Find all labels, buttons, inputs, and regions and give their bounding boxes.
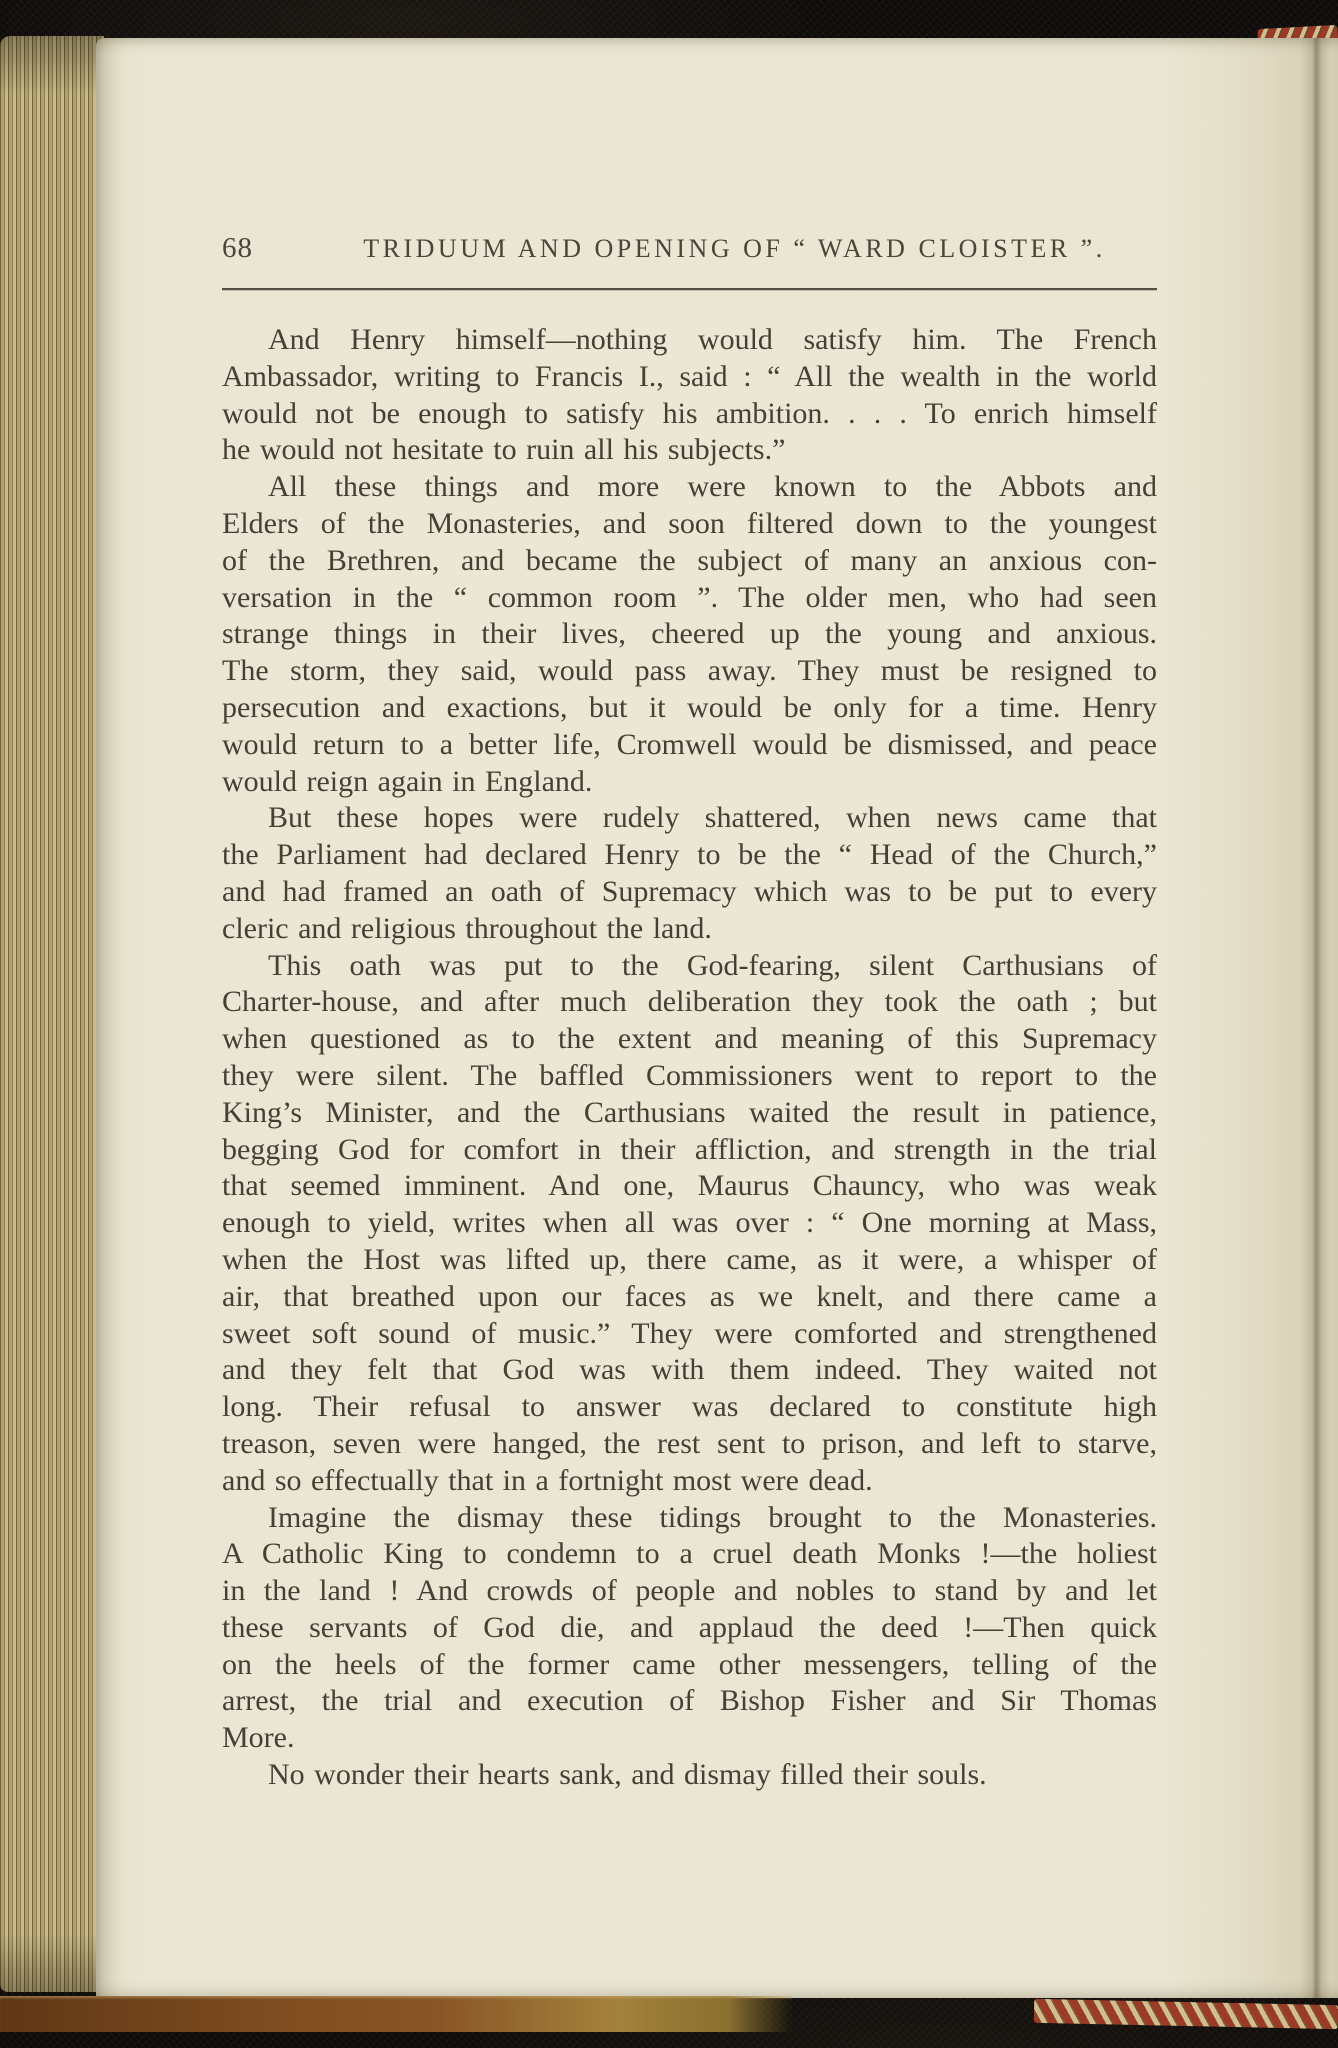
text-line: persecution and exactions, but it would … [222,690,1157,727]
text-line: of the Brethren, and became the subject … [222,543,1157,580]
text-line: and they felt that God was with them ind… [222,1352,1157,1389]
text-line: Ambassador, writing to Francis I., said … [222,359,1157,396]
text-line: sweet soft sound of music.” They were co… [222,1316,1157,1353]
text-line: these servants of God die, and applaud t… [222,1610,1157,1647]
running-title: TRIDUUM AND OPENING OF “ WARD CLOISTER ”… [312,234,1157,264]
text-line: in the land ! And crowds of people and n… [222,1573,1157,1610]
running-header: 68 TRIDUUM AND OPENING OF “ WARD CLOISTE… [222,232,1157,272]
page-number: 68 [222,232,312,265]
text-line: would reign again in England. [222,764,1157,801]
text-line: would return to a better life, Cromwell … [222,727,1157,764]
text-line: enough to yield, writes when all was ove… [222,1205,1157,1242]
text-line: and so effectually that in a fortnight m… [222,1463,1157,1500]
text-line: he would not hesitate to ruin all his su… [222,432,1157,469]
tailband-bottom [1034,1999,1338,2029]
text-line: Imagine the dismay these tidings brought… [222,1500,1157,1537]
text-line: The storm, they said, would pass away. T… [222,653,1157,690]
text-line: on the heels of the former came other me… [222,1647,1157,1684]
page-body: And Henry himself—nothing would satisfy … [222,322,1157,1794]
text-line: More. [222,1720,1157,1757]
paragraph: Imagine the dismay these tidings brought… [222,1500,1157,1758]
cover-bottom-band [0,1996,792,2032]
printed-area: 68 TRIDUUM AND OPENING OF “ WARD CLOISTE… [222,232,1157,1794]
text-line: Elders of the Monasteries, and soon filt… [222,506,1157,543]
text-line: treason, seven were hanged, the rest sen… [222,1426,1157,1463]
gutter-shadow [1300,38,1330,1998]
text-line: begging God for comfort in their afflict… [222,1132,1157,1169]
text-line: they were silent. The baffled Commission… [222,1058,1157,1095]
text-line: But these hopes were rudely shattered, w… [222,800,1157,837]
text-line: would not be enough to satisfy his ambit… [222,396,1157,433]
text-line: the Parliament had declared Henry to be … [222,837,1157,874]
text-line: cleric and religious throughout the land… [222,911,1157,948]
text-line: long. Their refusal to answer was declar… [222,1389,1157,1426]
text-line: Charter-house, and after much deliberati… [222,984,1157,1021]
page-fore-edge [0,36,104,1992]
header-rule [222,288,1157,290]
text-line: A Catholic King to condemn to a cruel de… [222,1536,1157,1573]
paragraph: All these things and more were known to … [222,469,1157,800]
text-line: All these things and more were known to … [222,469,1157,506]
paragraph: No wonder their hearts sank, and dismay … [222,1757,1157,1794]
text-line: And Henry himself—nothing would satisfy … [222,322,1157,359]
paragraph: And Henry himself—nothing would satisfy … [222,322,1157,469]
text-line: versation in the “ common room ”. The ol… [222,580,1157,617]
book-page: 68 TRIDUUM AND OPENING OF “ WARD CLOISTE… [96,38,1338,1998]
text-line: No wonder their hearts sank, and dismay … [222,1757,1157,1794]
text-line: air, that breathed upon our faces as we … [222,1279,1157,1316]
paragraph: But these hopes were rudely shattered, w… [222,800,1157,947]
paragraph: This oath was put to the God-fearing, si… [222,948,1157,1500]
text-line: that seemed imminent. And one, Maurus Ch… [222,1168,1157,1205]
book-scan-background: 68 TRIDUUM AND OPENING OF “ WARD CLOISTE… [0,0,1338,2048]
text-line: King’s Minister, and the Carthusians wai… [222,1095,1157,1132]
text-line: arrest, the trial and execution of Bisho… [222,1683,1157,1720]
text-line: when questioned as to the extent and mea… [222,1021,1157,1058]
text-line: and had framed an oath of Supremacy whic… [222,874,1157,911]
text-line: when the Host was lifted up, there came,… [222,1242,1157,1279]
text-line: This oath was put to the God-fearing, si… [222,948,1157,985]
text-line: strange things in their lives, cheered u… [222,616,1157,653]
